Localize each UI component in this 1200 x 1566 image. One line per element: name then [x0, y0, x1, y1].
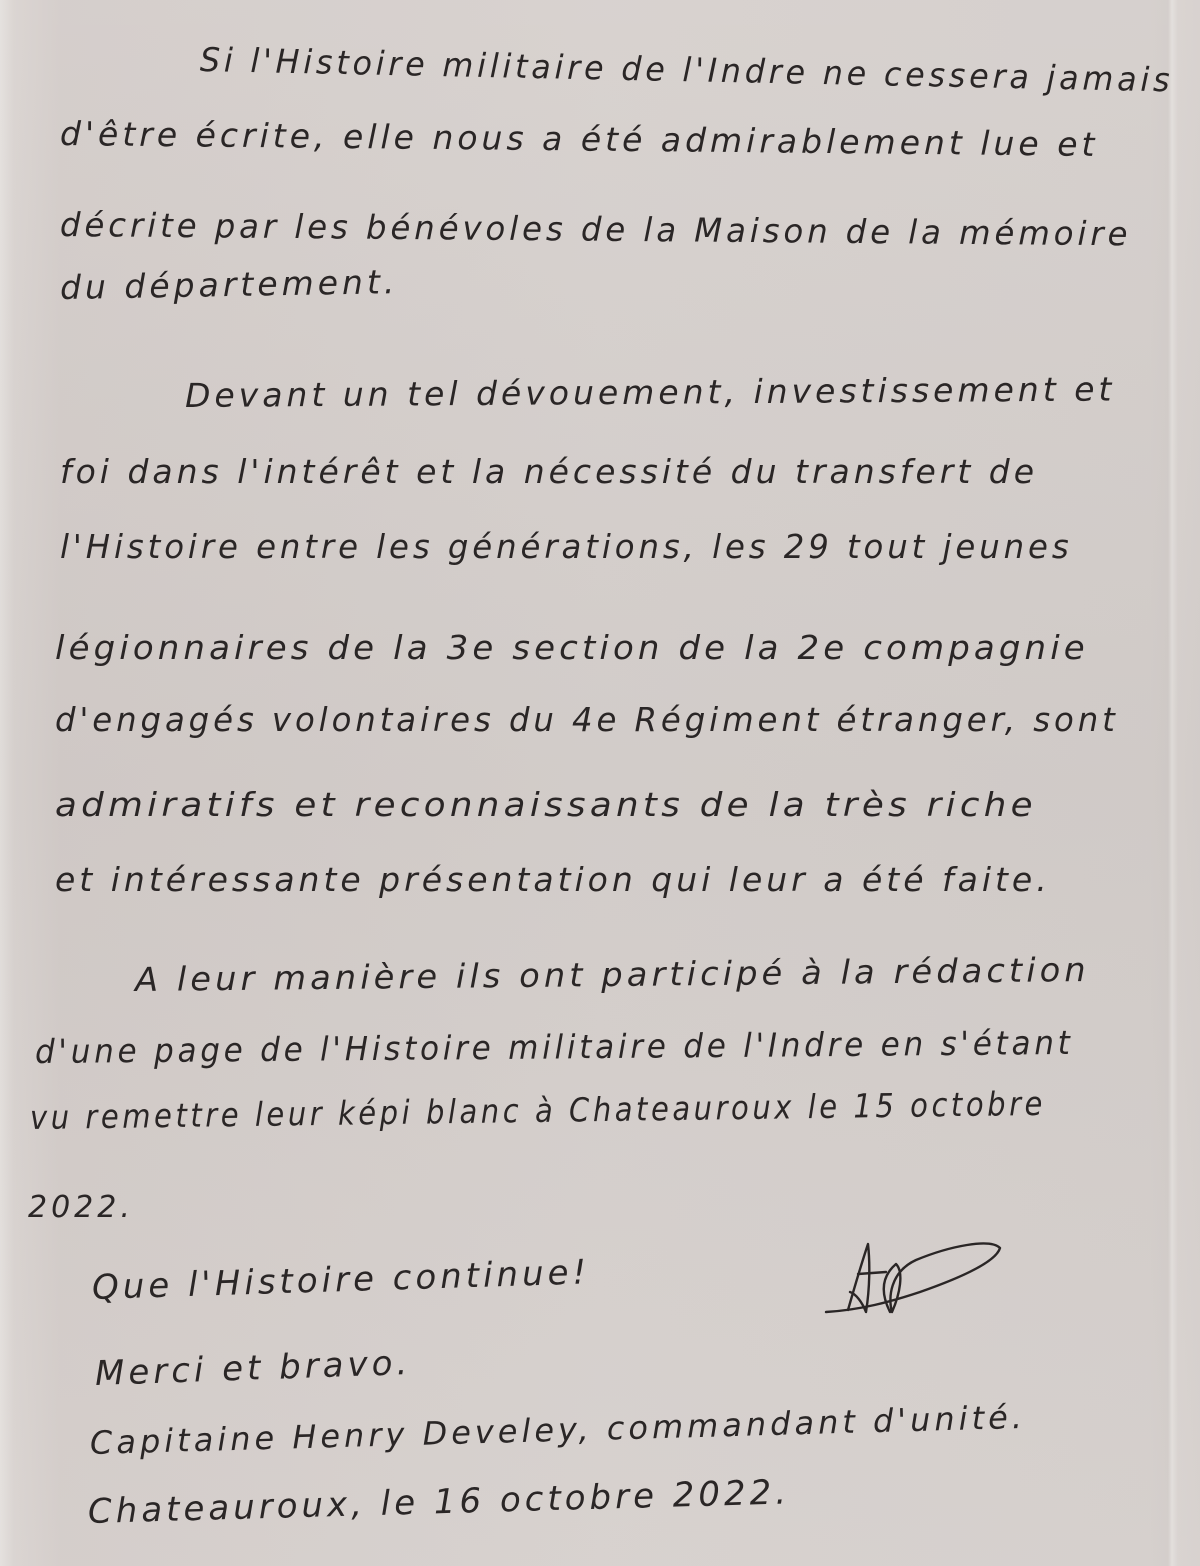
date-line: Chateauroux, le 16 octobre 2022.: [87, 1472, 790, 1532]
text-line: vu remettre leur képi blanc à Chateaurou…: [30, 1084, 1046, 1137]
text-line: Devant un tel dévouement, investissement…: [185, 370, 1116, 415]
closing-line: Que l'Histoire continue!: [91, 1252, 590, 1308]
signatory-line: Capitaine Henry Develey, commandant d'un…: [89, 1398, 1026, 1462]
text-line: A leur manière ils ont participé à la ré…: [135, 950, 1090, 999]
text-line: l'Histoire entre les générations, les 29…: [60, 527, 1073, 566]
closing-line: Merci et bravo.: [94, 1343, 412, 1394]
signature-icon: [820, 1232, 1010, 1322]
text-line: 2022.: [28, 1190, 134, 1225]
text-line: Si l'Histoire militaire de l'Indre ne ce…: [200, 40, 1174, 99]
text-line: légionnaires de la 3e section de la 2e c…: [55, 628, 1089, 667]
text-line: du département.: [60, 262, 399, 307]
text-line: foi dans l'intérêt et la nécessité du tr…: [60, 452, 1038, 491]
text-line: d'être écrite, elle nous a été admirable…: [60, 114, 1099, 164]
paper-page: Si l'Histoire militaire de l'Indre ne ce…: [0, 0, 1200, 1566]
text-line: admiratifs et reconnaissants de la très …: [55, 785, 1037, 824]
text-line: décrite par les bénévoles de la Maison d…: [60, 205, 1132, 253]
text-line: d'engagés volontaires du 4e Régiment étr…: [55, 700, 1119, 739]
text-line: et intéressante présentation qui leur a …: [55, 860, 1051, 899]
text-line: d'une page de l'Histoire militaire de l'…: [35, 1023, 1074, 1071]
